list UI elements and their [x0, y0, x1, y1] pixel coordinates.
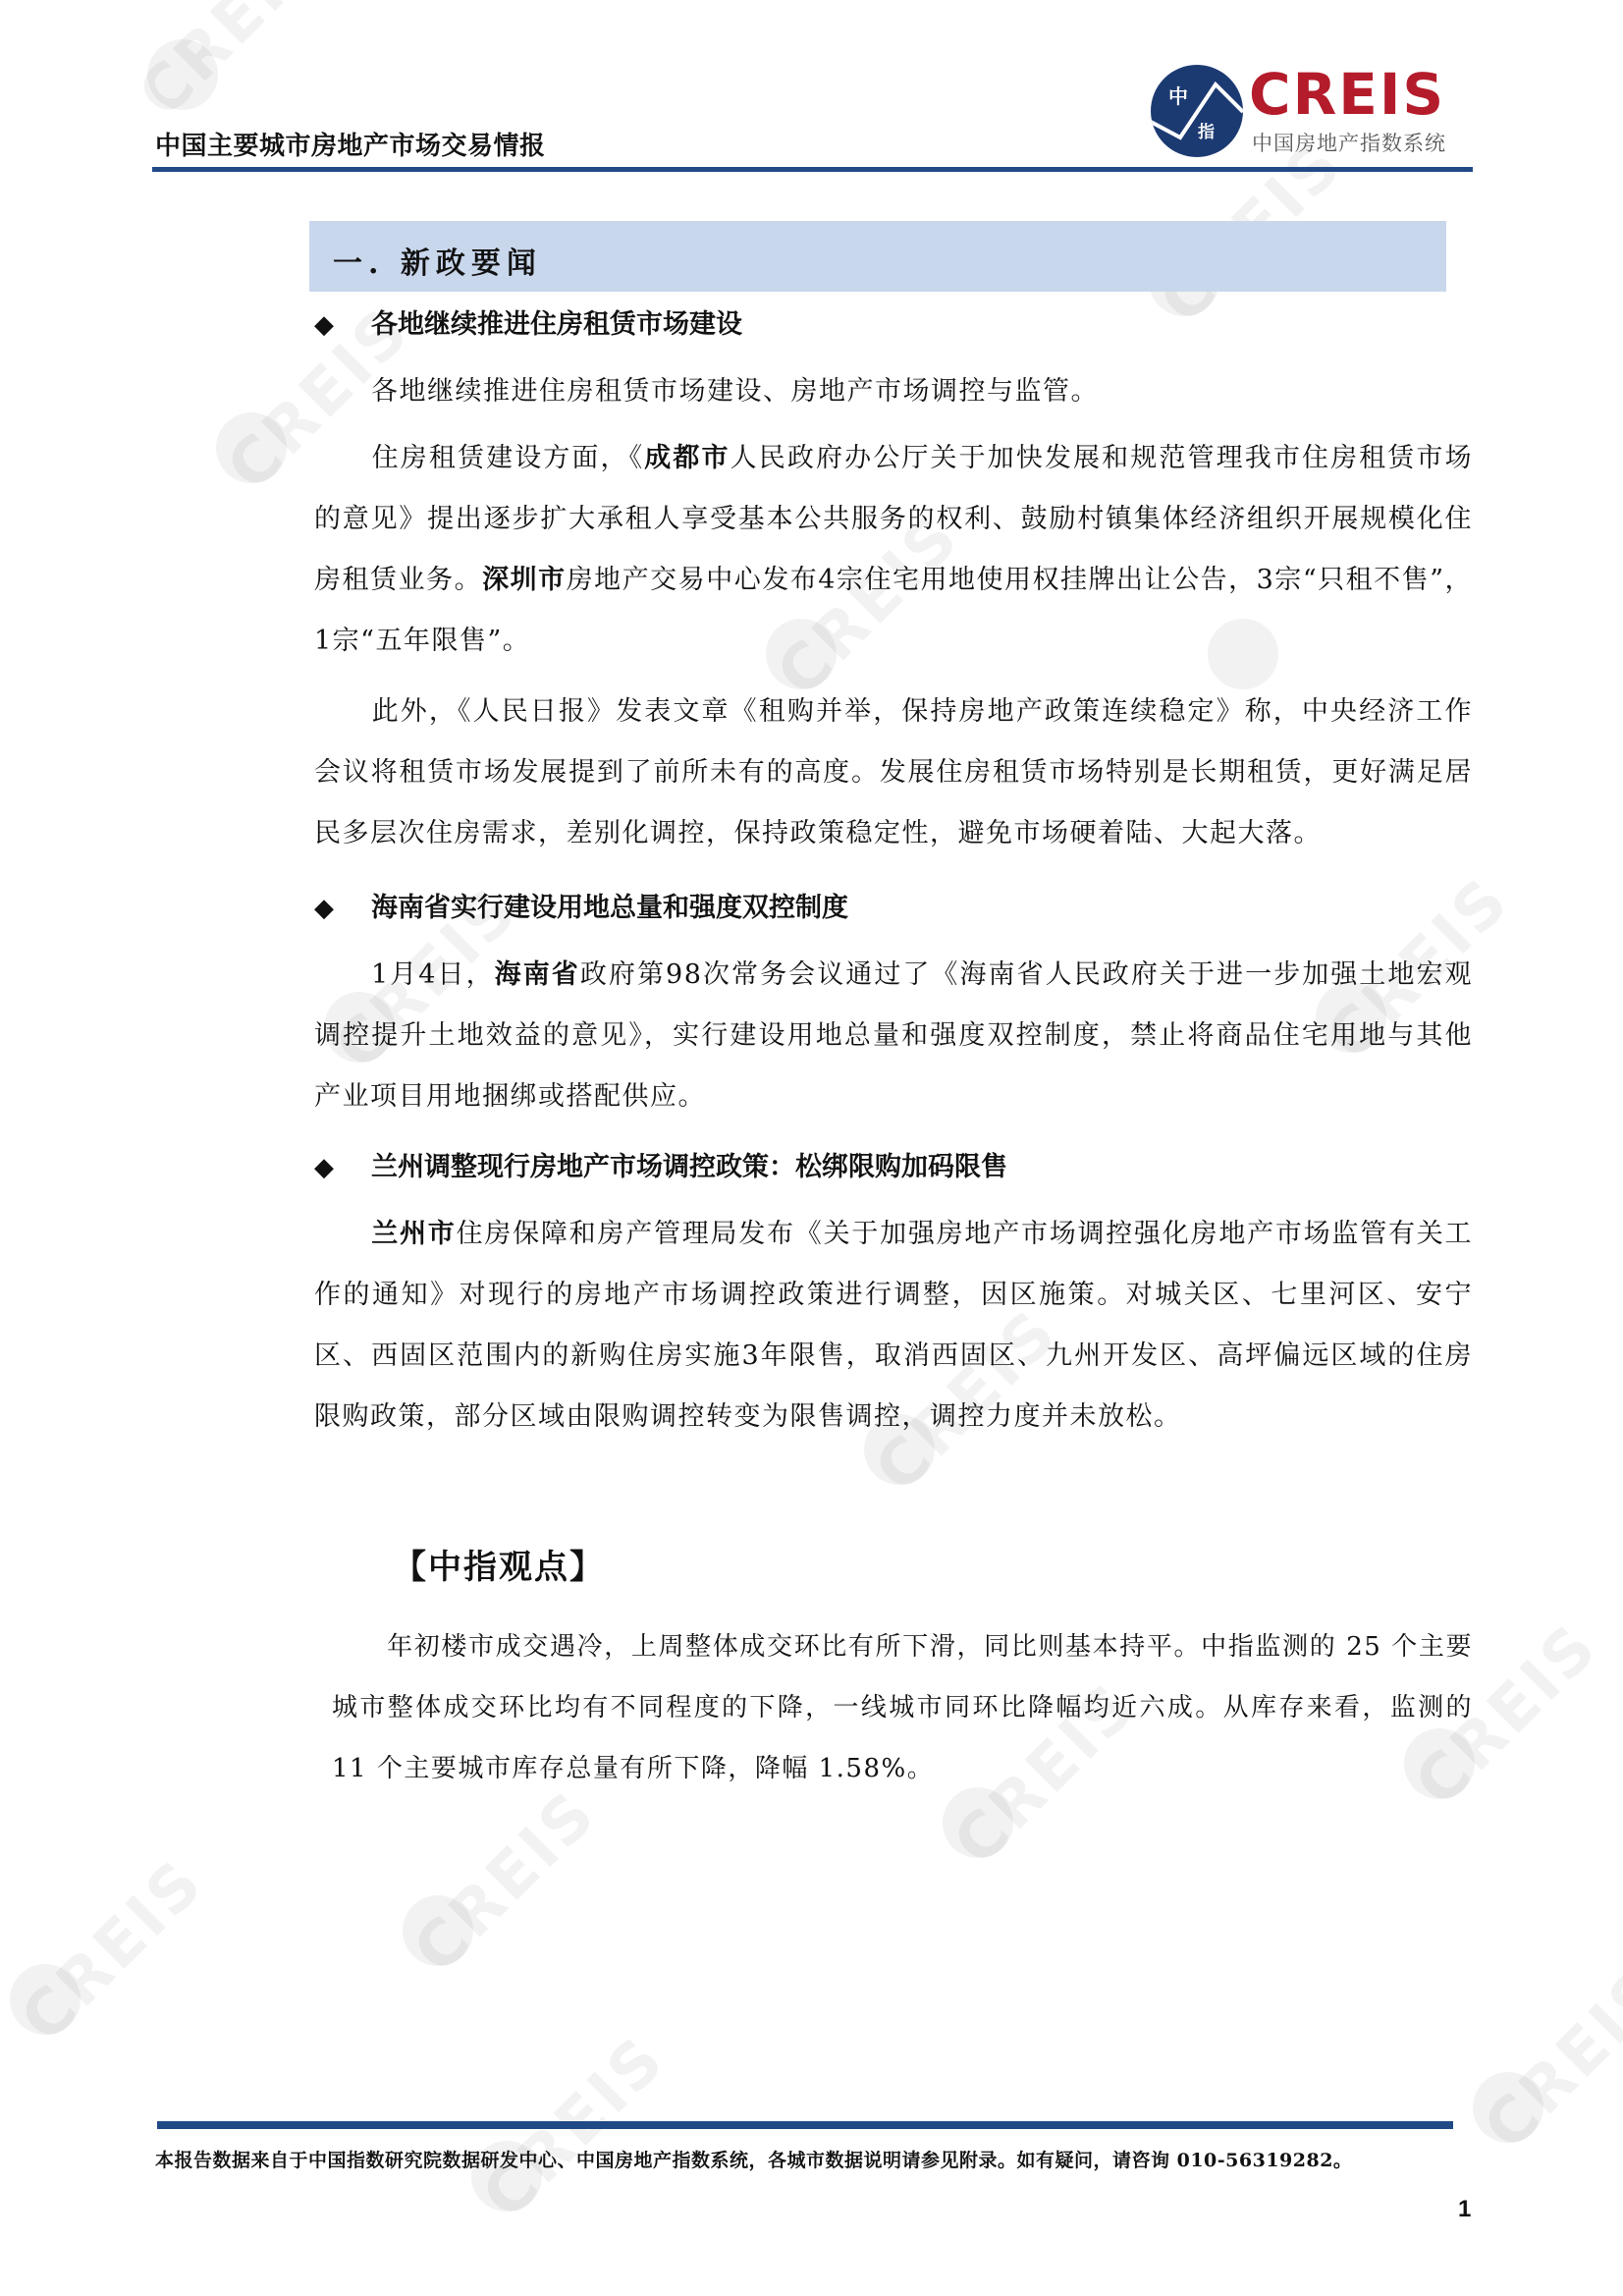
viewpoint-title: 【中指观点】 — [393, 1540, 605, 1588]
viewpoint-text: 年初楼市成交遇冷，上周整体成交环比有所下滑，同比则基本持平。中指监测的 25 个… — [332, 1632, 1473, 1783]
news-heading-text: 各地继续推进住房租赁市场建设 — [371, 309, 742, 340]
watermark-logo-icon — [10, 1964, 81, 2035]
news-paragraph: 住房租赁建设方面，《成都市人民政府办公厅关于加快发展和规范管理我市住房租赁市场的… — [314, 428, 1473, 672]
city-name-bold: 成都市 — [644, 443, 730, 473]
city-name-bold: 深圳市 — [482, 565, 567, 595]
watermark-logo-icon — [147, 39, 218, 110]
watermark-logo-icon — [403, 1895, 473, 1966]
footer-divider — [157, 2121, 1453, 2129]
city-name-bold: 兰州市 — [371, 1219, 457, 1249]
paragraph-text: 1月4日， — [371, 959, 495, 990]
logo-subtitle: 中国房地产指数系统 — [1252, 128, 1446, 157]
paragraph-text: 住房保障和房产管理局发布《关于加强房地产市场调控强化房地产市场监管有关工作的通知… — [314, 1219, 1473, 1432]
paragraph-text: 此外，《人民日报》发表文章《租购并举，保持房地产政策连续稳定》称，中央经济工作会… — [314, 696, 1473, 848]
news-paragraph: 兰州市住房保障和房产管理局发布《关于加强房地产市场调控强化房地产市场监管有关工作… — [314, 1204, 1473, 1448]
creis-logo: 中 指 CREIS 中国房地产指数系统 — [1151, 63, 1475, 161]
section-header: 一. 新政要闻 — [309, 221, 1446, 292]
watermark-text: CREIS — [126, 0, 337, 132]
logo-brand-text: CREIS — [1249, 65, 1445, 124]
news-heading-text: 兰州调整现行房地产市场调控政策：松绑限购加码限售 — [371, 1152, 1007, 1182]
watermark-logo-icon — [216, 412, 287, 483]
diamond-bullet-icon: ◆ — [314, 894, 371, 923]
section-title: 一. 新政要闻 — [333, 239, 542, 282]
paragraph-text: 各地继续推进住房租赁市场建设、房地产市场调控与监管。 — [371, 376, 1099, 407]
watermark-text: CREIS — [401, 1777, 612, 1988]
news-heading: ◆海南省实行建设用地总量和强度双控制度 — [314, 886, 848, 924]
logo-char-zhong: 中 — [1168, 81, 1188, 109]
diamond-bullet-icon: ◆ — [314, 1153, 371, 1182]
news-heading: ◆兰州调整现行房地产市场调控政策：松绑限购加码限售 — [314, 1145, 1007, 1183]
watermark-text: CREIS — [1471, 1953, 1623, 2164]
news-heading: ◆各地继续推进住房租赁市场建设 — [314, 302, 742, 341]
diamond-bullet-icon: ◆ — [314, 310, 371, 340]
province-name-bold: 海南省 — [495, 959, 580, 990]
logo-emblem-icon: 中 指 — [1151, 65, 1243, 157]
logo-char-zhi: 指 — [1198, 118, 1215, 142]
check-wave-icon — [1151, 65, 1243, 157]
news-paragraph: 各地继续推进住房租赁市场建设、房地产市场调控与监管。 — [314, 361, 1473, 422]
header-divider — [152, 167, 1473, 172]
viewpoint-paragraph: 年初楼市成交遇冷，上周整体成交环比有所下滑，同比则基本持平。中指监测的 25 个… — [332, 1616, 1473, 1799]
news-paragraph: 此外，《人民日报》发表文章《租购并举，保持房地产政策连续稳定》称，中央经济工作会… — [314, 682, 1473, 864]
watermark-text: CREIS — [8, 1845, 219, 2056]
report-title: 中国主要城市房地产市场交易情报 — [155, 126, 546, 162]
watermark-logo-icon — [1473, 2072, 1543, 2143]
footer-note: 本报告数据来自于中国指数研究院数据研发中心、中国房地产指数系统，各城市数据说明请… — [155, 2146, 1352, 2172]
news-paragraph: 1月4日，海南省政府第98次常务会议通过了《海南省人民政府关于进一步加强土地宏观… — [314, 945, 1473, 1127]
page-number: 1 — [1458, 2196, 1471, 2223]
news-heading-text: 海南省实行建设用地总量和强度双控制度 — [371, 893, 848, 923]
paragraph-text: 住房租赁建设方面，《 — [371, 443, 644, 473]
